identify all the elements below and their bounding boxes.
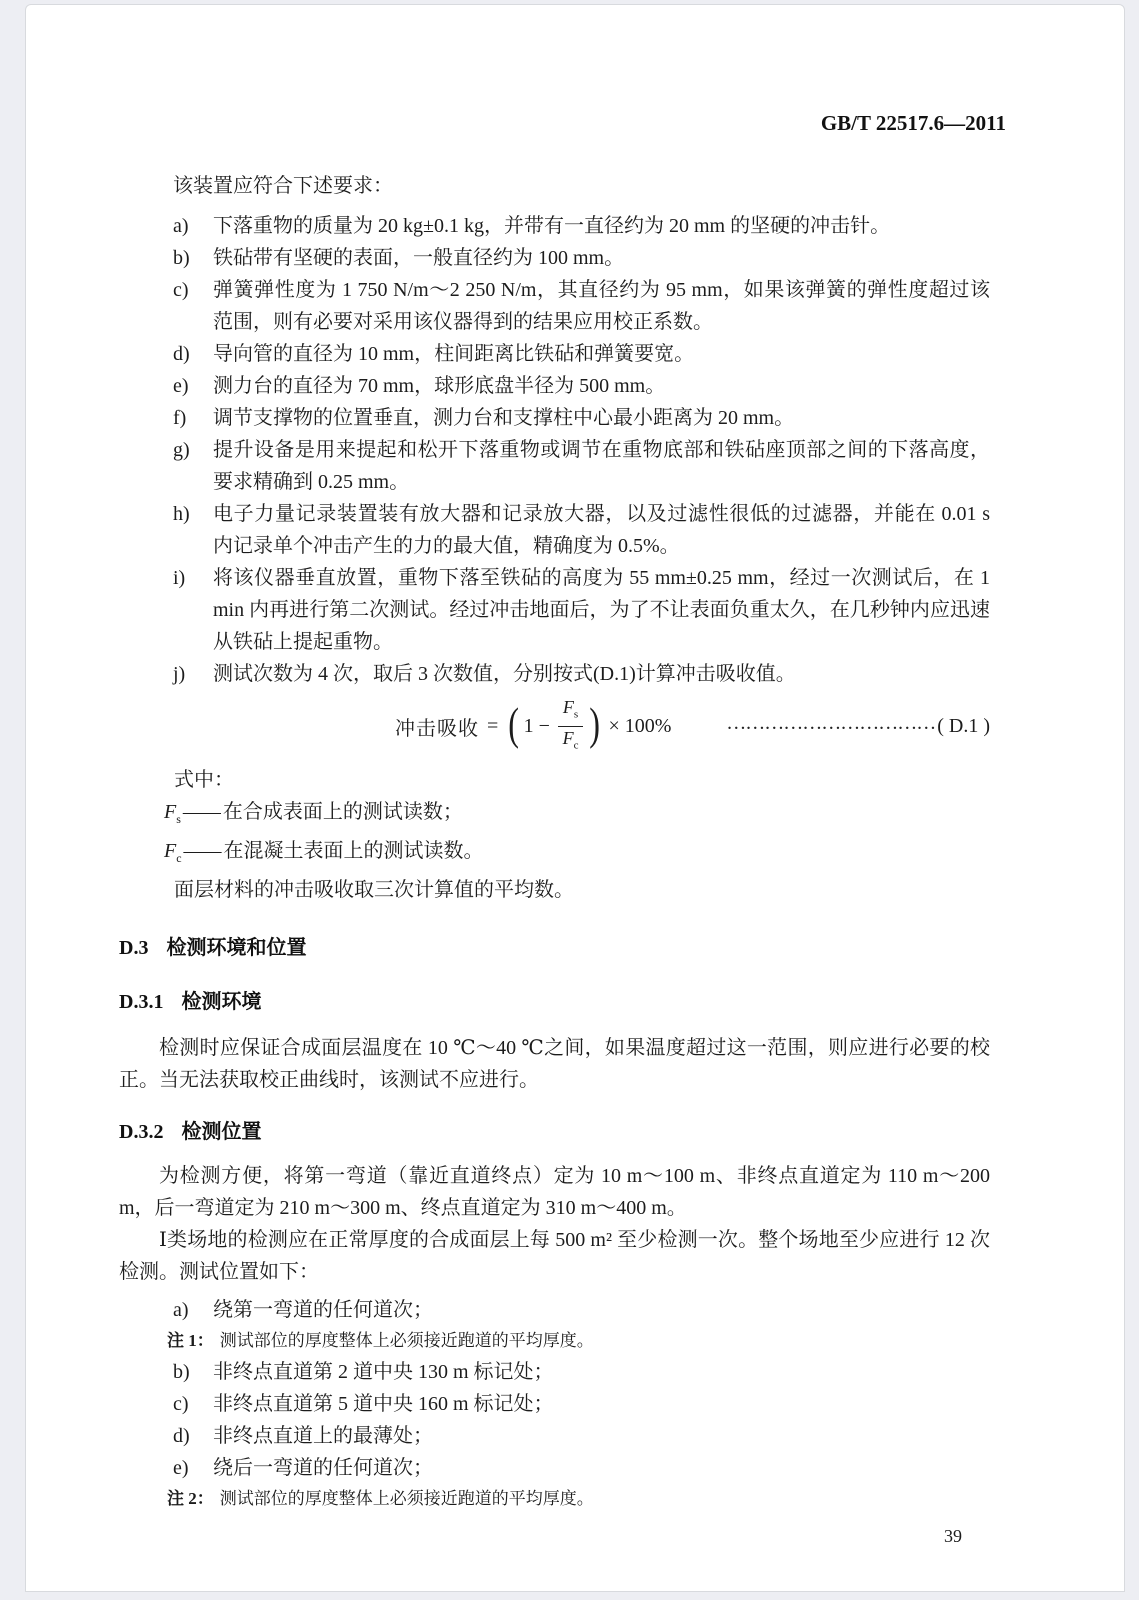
section-title: 检测环境 [181, 991, 261, 1013]
subscript-c: c [176, 851, 181, 865]
device-requirements-list: a) 下落重物的质量为 20 kg±0.1 kg，并带有一直径约为 20 mm … [119, 210, 990, 690]
list-item: d) 非终点直道上的最薄处； [119, 1420, 990, 1452]
section-title: 检测环境和位置 [166, 937, 306, 959]
list-item-label: c) [173, 274, 213, 338]
list-item-text: 测试次数为 4 次，取后 3 次数值，分别按式(D.1)计算冲击吸收值。 [213, 658, 990, 690]
list-item-text: 绕后一弯道的任何道次； [213, 1452, 433, 1484]
symbol-f: F [164, 840, 176, 862]
list-item-text: 非终点直道上的最薄处； [213, 1420, 433, 1452]
list-item-text: 下落重物的质量为 20 kg±0.1 kg，并带有一直径约为 20 mm 的坚硬… [213, 210, 990, 242]
list-item: e) 绕后一弯道的任何道次； [119, 1452, 990, 1484]
list-item: c) 弹簧弹性度为 1 750 N/m～2 250 N/m，其直径约为 95 m… [119, 274, 990, 338]
equals-sign: = [487, 715, 498, 738]
dot-leader: …………………………… [671, 712, 937, 741]
list-item-text: 测力台的直径为 70 mm，球形底盘半径为 500 mm。 [213, 370, 990, 402]
list-item-label: b) [173, 242, 213, 274]
definition-dash: —— [184, 840, 220, 862]
list-item-text: 调节支撑物的位置垂直，测力台和支撑柱中心最小距离为 20 mm。 [213, 402, 990, 434]
paragraph-d31: 检测时应保证合成面层温度在 10 ℃～40 ℃之间，如果温度超过这一范围，则应进… [119, 1032, 990, 1096]
list-item: f) 调节支撑物的位置垂直，测力台和支撑柱中心最小距离为 20 mm。 [119, 402, 990, 434]
definition-text: 在混凝土表面上的测试读数。 [224, 840, 484, 862]
fraction: Fs Fc [558, 697, 583, 755]
subscript-c: c [574, 739, 579, 751]
note-line: 注 2： 测试部位的厚度整体上必须接近跑道的平均厚度。 [119, 1484, 990, 1514]
list-item-label: h) [173, 498, 213, 562]
paragraph-d32-1: 为检测方便，将第一弯道（靠近直道终点）定为 10 m～100 m、非终点直道定为… [119, 1160, 990, 1224]
where-label: 式中： [119, 764, 990, 796]
subscript-s: s [574, 709, 578, 721]
symbol-f: F [563, 697, 574, 717]
list-item-text: 非终点直道第 5 道中央 160 m 标记处； [213, 1388, 554, 1420]
list-item-label: e) [173, 1452, 213, 1484]
list-item-text: 导向管的直径为 10 mm，柱间距离比铁砧和弹簧要宽。 [213, 338, 990, 370]
formula-lhs: 冲击吸收 [395, 712, 479, 741]
average-note-line: 面层材料的冲击吸收取三次计算值的平均数。 [119, 874, 990, 906]
list-item: a) 下落重物的质量为 20 kg±0.1 kg，并带有一直径约为 20 mm … [119, 210, 990, 242]
definition-text: 在合成表面上的测试读数； [223, 801, 463, 823]
document-page: GB/T 22517.6—2011 该装置应符合下述要求： a) 下落重物的质量… [25, 4, 1125, 1592]
section-number: D.3.1 [119, 991, 163, 1013]
one-minus-term: 1 − [524, 715, 550, 738]
list-item-label: b) [173, 1356, 213, 1388]
symbol-definition: Fc——在混凝土表面上的测试读数。 [119, 835, 990, 874]
list-item: c) 非终点直道第 5 道中央 160 m 标记处； [119, 1388, 990, 1420]
list-item-label: j) [173, 658, 213, 690]
list-item-label: f) [173, 402, 213, 434]
list-item-label: a) [173, 210, 213, 242]
fraction-denominator: Fc [563, 727, 579, 756]
section-title: 检测位置 [181, 1121, 261, 1143]
list-item-label: a) [173, 1294, 213, 1326]
standard-number-header: GB/T 22517.6—2011 [119, 111, 1006, 136]
list-item-label: e) [173, 370, 213, 402]
paragraph-d32-2: Ⅰ类场地的检测应在正常厚度的合成面层上每 500 m² 至少检测一次。整个场地至… [119, 1224, 990, 1288]
list-item-text: 提升设备是用来提起和松开下落重物或调节在重物底部和铁砧座顶部之间的下落高度，要求… [213, 434, 990, 498]
list-item-text: 弹簧弹性度为 1 750 N/m～2 250 N/m，其直径约为 95 mm，如… [213, 274, 990, 338]
list-item: b) 铁砧带有坚硬的表面，一般直径约为 100 mm。 [119, 242, 990, 274]
note-label: 注 1： [167, 1326, 214, 1356]
list-item: a) 绕第一弯道的任何道次； [119, 1294, 990, 1326]
list-item: i) 将该仪器垂直放置，重物下落至铁砧的高度为 55 mm±0.25 mm，经过… [119, 562, 990, 658]
section-heading-d3: D.3检测环境和位置 [119, 936, 990, 960]
list-item-text: 将该仪器垂直放置，重物下落至铁砧的高度为 55 mm±0.25 mm，经过一次测… [213, 562, 990, 658]
page-number: 39 [119, 1526, 990, 1547]
note-line: 注 1： 测试部位的厚度整体上必须接近跑道的平均厚度。 [119, 1326, 990, 1356]
list-item-text: 非终点直道第 2 道中央 130 m 标记处； [213, 1356, 554, 1388]
subscript-s: s [176, 812, 181, 826]
definition-dash: —— [183, 801, 219, 823]
list-item: j) 测试次数为 4 次，取后 3 次数值，分别按式(D.1)计算冲击吸收值。 [119, 658, 990, 690]
test-positions-list: a) 绕第一弯道的任何道次； 注 1： 测试部位的厚度整体上必须接近跑道的平均厚… [119, 1294, 990, 1514]
fraction-numerator: Fs [558, 697, 583, 727]
section-number: D.3.2 [119, 1121, 163, 1143]
equation-reference: ( D.1 ) [937, 715, 990, 738]
page-content: GB/T 22517.6—2011 该装置应符合下述要求： a) 下落重物的质量… [26, 5, 1124, 1547]
note-label: 注 2： [167, 1484, 214, 1514]
list-item-text: 电子力量记录装置装有放大器和记录放大器，以及过滤性很低的过滤器，并能在 0.01… [213, 498, 990, 562]
section-heading-d31: D.3.1检测环境 [119, 990, 990, 1014]
list-item-label: i) [173, 562, 213, 658]
list-item-label: c) [173, 1388, 213, 1420]
list-item: h) 电子力量记录装置装有放大器和记录放大器，以及过滤性很低的过滤器，并能在 0… [119, 498, 990, 562]
symbol-f: F [164, 801, 176, 823]
list-item: d) 导向管的直径为 10 mm，柱间距离比铁砧和弹簧要宽。 [119, 338, 990, 370]
section-heading-d32: D.3.2检测位置 [119, 1120, 990, 1144]
intro-paragraph: 该装置应符合下述要求： [119, 170, 990, 202]
formula-expression: 冲击吸收 = ( 1 − Fs Fc ) × 100% [395, 697, 671, 755]
note-text: 测试部位的厚度整体上必须接近跑道的平均厚度。 [220, 1326, 594, 1356]
list-item-label: d) [173, 338, 213, 370]
list-item-text: 铁砧带有坚硬的表面，一般直径约为 100 mm。 [213, 242, 990, 274]
note-text: 测试部位的厚度整体上必须接近跑道的平均厚度。 [220, 1484, 594, 1514]
list-item: g) 提升设备是用来提起和松开下落重物或调节在重物底部和铁砧座顶部之间的下落高度… [119, 434, 990, 498]
section-number: D.3 [119, 937, 148, 959]
list-item-text: 绕第一弯道的任何道次； [213, 1294, 433, 1326]
list-item-label: g) [173, 434, 213, 498]
list-item-label: d) [173, 1420, 213, 1452]
symbol-definition: Fs——在合成表面上的测试读数； [119, 796, 990, 835]
formula-d1: 冲击吸收 = ( 1 − Fs Fc ) × 100% …………………………… … [119, 696, 990, 756]
list-item: b) 非终点直道第 2 道中央 130 m 标记处； [119, 1356, 990, 1388]
times-hundred-percent: × 100% [609, 715, 672, 738]
symbol-f: F [563, 728, 574, 748]
list-item: e) 测力台的直径为 70 mm，球形底盘半径为 500 mm。 [119, 370, 990, 402]
